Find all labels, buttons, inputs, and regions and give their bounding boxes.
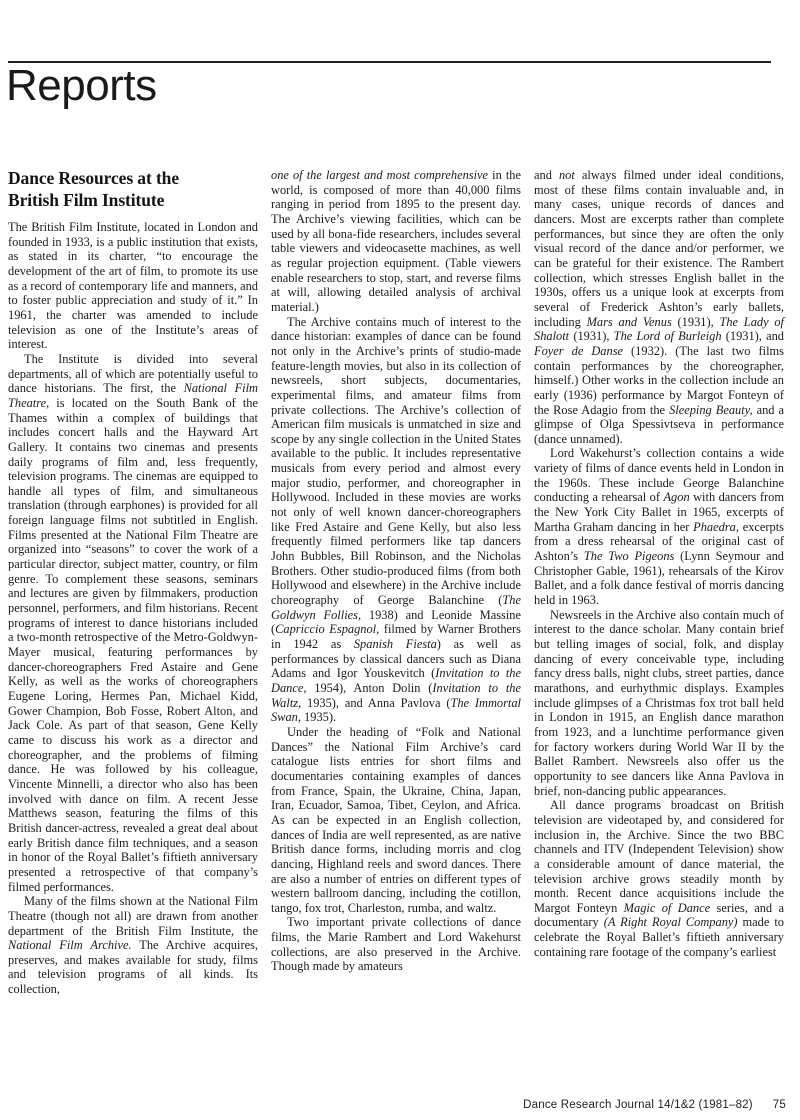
paragraph: Two important private collections of dan… bbox=[271, 915, 521, 974]
italic-text: (A Right Royal Company) bbox=[604, 915, 738, 929]
text: (1931), and bbox=[722, 329, 784, 343]
italic-text: Mars and Venus bbox=[587, 315, 672, 329]
italic-text: one of the largest and most comprehensiv… bbox=[271, 168, 488, 182]
italic-text: not bbox=[559, 168, 575, 182]
text: (1931), bbox=[672, 315, 720, 329]
journal-citation: Dance Research Journal 14/1&2 (1981–82) bbox=[523, 1099, 753, 1111]
italic-text: Sleeping Beauty, bbox=[669, 403, 753, 417]
journal-footer: Dance Research Journal 14/1&2 (1981–82)7… bbox=[523, 1099, 786, 1111]
italic-text: Magic of Dance bbox=[624, 901, 710, 915]
paragraph: All dance programs broadcast on British … bbox=[534, 798, 784, 959]
text: 1935). bbox=[301, 710, 336, 724]
article-title: Dance Resources at theBritish Film Insti… bbox=[8, 168, 258, 211]
article-columns: Dance Resources at theBritish Film Insti… bbox=[8, 168, 784, 997]
paragraph: The Institute is divided into several de… bbox=[8, 352, 258, 894]
italic-text: Spanish Fiesta bbox=[354, 637, 437, 651]
text: 1954), Anton Dolin ( bbox=[306, 681, 432, 695]
paragraph: Newsreels in the Archive also contain mu… bbox=[534, 608, 784, 799]
text: The British Film Institute, located in L… bbox=[8, 220, 258, 351]
paragraph: and not always filmed under ideal condit… bbox=[534, 168, 784, 446]
text: Two important private collections of dan… bbox=[271, 915, 521, 973]
paragraph: one of the largest and most comprehensiv… bbox=[271, 168, 521, 315]
article-title-line-2: British Film Institute bbox=[8, 190, 164, 210]
text: Newsreels in the Archive also contain mu… bbox=[534, 608, 784, 798]
text: Under the heading of “Folk and National … bbox=[271, 725, 521, 915]
text: (1931), bbox=[569, 329, 614, 343]
paragraph: The Archive contains much of interest to… bbox=[271, 315, 521, 725]
italic-text: National Film Archive. bbox=[8, 938, 132, 952]
page-number: 75 bbox=[773, 1099, 786, 1111]
article-column-2: one of the largest and most comprehensiv… bbox=[271, 168, 521, 997]
article-column-3: and not always filmed under ideal condit… bbox=[534, 168, 784, 997]
italic-text: Capriccio Espagnol, bbox=[275, 622, 379, 636]
text: is located on the South Bank of the Tham… bbox=[8, 396, 258, 894]
paragraph: Many of the films shown at the National … bbox=[8, 894, 258, 997]
italic-text: The Two Pigeons bbox=[584, 549, 675, 563]
italic-text: Agon bbox=[663, 490, 689, 504]
italic-text: Phaedra, bbox=[693, 520, 739, 534]
paragraph: Lord Wakehurst’s collection contains a w… bbox=[534, 446, 784, 607]
italic-text: Foyer de Danse bbox=[534, 344, 623, 358]
text: 1935), and Anna Pavlova ( bbox=[301, 696, 450, 710]
section-heading-reports: Reports bbox=[6, 63, 157, 109]
italic-text: The Lord of Burleigh bbox=[614, 329, 722, 343]
paragraph: Under the heading of “Folk and National … bbox=[271, 725, 521, 916]
text: Many of the films shown at the National … bbox=[8, 894, 258, 937]
text: All dance programs broadcast on British … bbox=[534, 798, 784, 915]
text: and bbox=[534, 168, 559, 182]
text: The Archive contains much of interest to… bbox=[271, 315, 521, 607]
text: in the world, is composed of more than 4… bbox=[271, 168, 521, 314]
article-column-1: Dance Resources at theBritish Film Insti… bbox=[8, 168, 258, 997]
text: always filmed under ideal conditions, mo… bbox=[534, 168, 784, 329]
article-title-line-1: Dance Resources at the bbox=[8, 168, 179, 188]
paragraph: The British Film Institute, located in L… bbox=[8, 220, 258, 352]
